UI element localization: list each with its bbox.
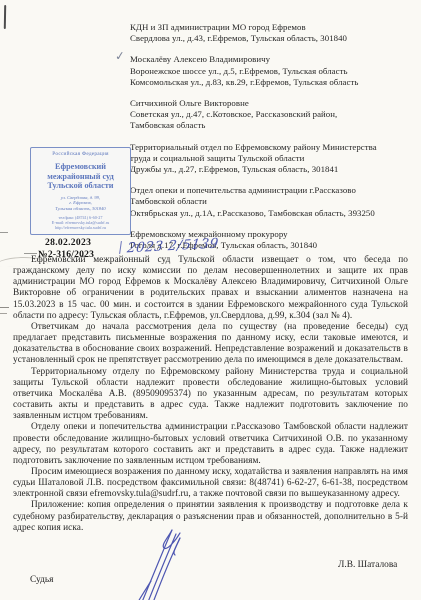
pen-checkmark-icon: ✓ bbox=[114, 49, 126, 65]
court-stamp: Российская Федерация Ефремовский межрайо… bbox=[30, 147, 131, 235]
letter-body: Ефремовский межрайонный суд Тульской обл… bbox=[13, 255, 408, 534]
body-paragraph-objections: Ответчикам до начала рассмотрения дела п… bbox=[13, 322, 408, 367]
judge-signature-scribble bbox=[136, 527, 208, 600]
body-paragraph-contact-instructions: Просим имеющиеся возражения по данному и… bbox=[13, 467, 408, 500]
address-block-custody-dept: Отдел опеки и попечительства администрац… bbox=[130, 185, 410, 219]
body-paragraph-hearing-notice: Ефремовский межрайонный суд Тульской обл… bbox=[13, 255, 408, 322]
judge-name: Л.В. Шаталова bbox=[338, 560, 397, 570]
body-paragraph-territorial-dept-order: Территориальному отделу по Ефремовскому … bbox=[13, 367, 408, 423]
scan-dash-mark bbox=[24, 253, 37, 254]
address-block-sitchikhina: Ситчихиной Ольге Викторовне Советская ул… bbox=[130, 98, 410, 132]
scan-dash-mark bbox=[0, 313, 7, 314]
letter-date: 28.02.2023 bbox=[45, 237, 91, 248]
scan-dash-mark bbox=[0, 232, 8, 233]
body-paragraph-custody-dept-order: Отделу опеки и попечительства администра… bbox=[13, 422, 408, 467]
address-block-territorial-dept: Территориальный отдел по Ефремовскому ра… bbox=[130, 142, 410, 176]
scan-edge-mark bbox=[4, 5, 6, 29]
scan-dash-mark bbox=[0, 307, 9, 308]
address-block-kdn: КДН и ЗП администрации МО город Ефремов … bbox=[130, 22, 410, 44]
stamp-court-name: Ефремовский межрайонный суд Тульской обл… bbox=[33, 162, 128, 191]
recipient-address-column: КДН и ЗП администрации МО город Ефремов … bbox=[130, 22, 410, 261]
address-block-moskalev: Москалёву Алексею Владимировичу Воронежс… bbox=[130, 54, 410, 88]
scanned-court-letter: ✓ КДН и ЗП администрации МО город Ефремо… bbox=[0, 0, 421, 600]
stamp-court-address: ул. Свердлова, д. 99, г. Ефремов, Тульск… bbox=[33, 195, 128, 212]
judge-title-label: Судья bbox=[30, 575, 53, 585]
stamp-court-contacts: тел/факс (48741) 6-60-27 E-mail: efremov… bbox=[33, 215, 128, 231]
pen-stroke-mark bbox=[119, 241, 122, 254]
body-paragraph-attachments: Приложение: копия определения о принятии… bbox=[13, 500, 408, 533]
stamp-country-label: Российская Федерация bbox=[33, 151, 128, 158]
